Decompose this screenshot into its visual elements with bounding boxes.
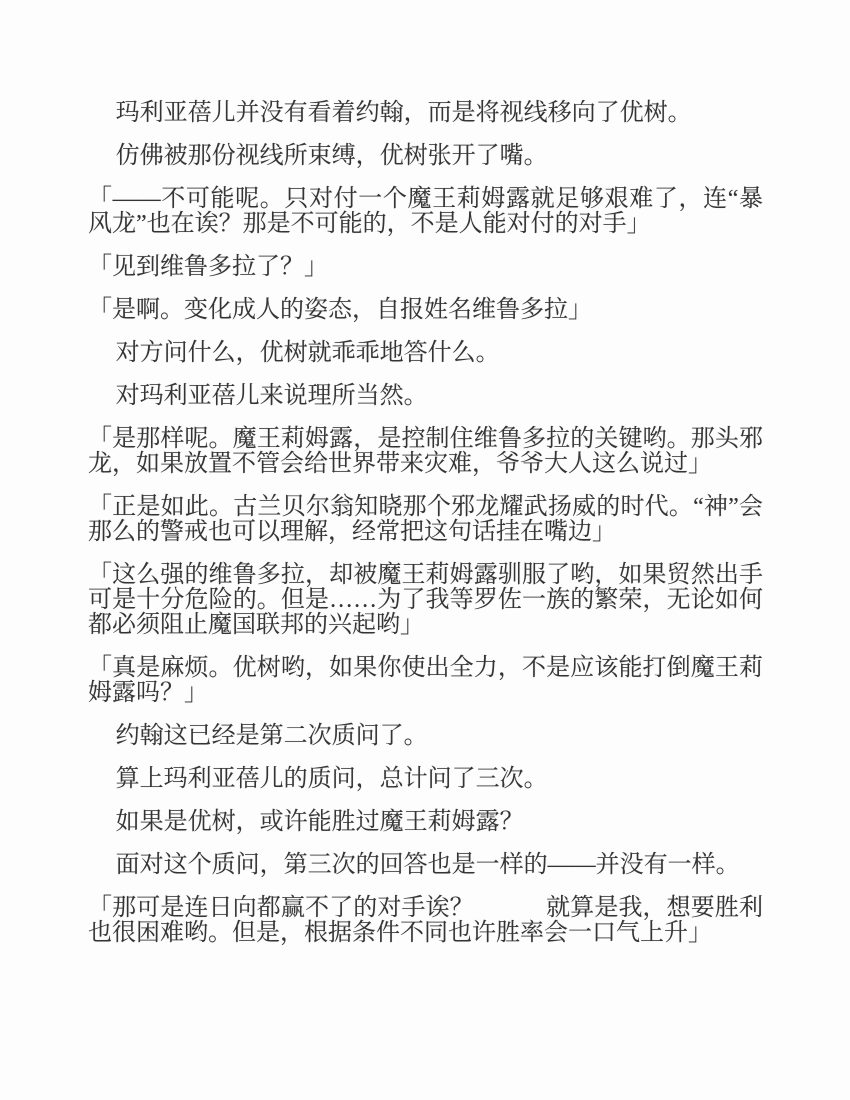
paragraph-dialogue: 「是那样呢。魔王莉姆露，是控制住维鲁多拉的关键哟。那头邪龙，如果放置不管会给世界…: [88, 427, 763, 477]
paragraph-narration: 对玛利亚蓓儿来说理所当然。: [88, 384, 763, 409]
paragraph-dialogue: 「——不可能呢。只对付一个魔王莉姆露就足够艰难了，连“暴风龙”也在诶？那是不可能…: [88, 187, 763, 237]
novel-text-block: 玛利亚蓓儿并没有看着约翰，而是将视线移向了优树。仿佛被那份视线所束缚，优树张开了…: [88, 101, 763, 946]
paragraph-dialogue: 「真是麻烦。优树哟，如果你使出全力，不是应该能打倒魔王莉姆露吗？」: [88, 656, 763, 706]
paragraph-narration: 玛利亚蓓儿并没有看着约翰，而是将视线移向了优树。: [88, 101, 763, 126]
paragraph-dialogue: 「是啊。变化成人的姿态，自报姓名维鲁多拉」: [88, 298, 763, 323]
paragraph-dialogue: 「这么强的维鲁多拉，却被魔王莉姆露驯服了哟，如果贸然出手可是十分危险的。但是………: [88, 563, 763, 638]
paragraph-dialogue: 「见到维鲁多拉了？」: [88, 255, 763, 280]
paragraph-narration: 算上玛利亚蓓儿的质问，总计问了三次。: [88, 767, 763, 792]
paragraph-narration: 约翰这已经是第二次质问了。: [88, 724, 763, 749]
paragraph-dialogue: 「那可是连日向都赢不了的对手诶？ 就算是我，想要胜利也很困难哟。但是，根据条件不…: [88, 896, 763, 946]
paragraph-narration: 对方问什么，优树就乖乖地答什么。: [88, 341, 763, 366]
paragraph-narration: 面对这个质问，第三次的回答也是一样的——并没有一样。: [88, 853, 763, 878]
ebook-page: 玛利亚蓓儿并没有看着约翰，而是将视线移向了优树。仿佛被那份视线所束缚，优树张开了…: [0, 0, 850, 1100]
paragraph-narration: 如果是优树，或许能胜过魔王莉姆露？: [88, 810, 763, 835]
paragraph-dialogue: 「正是如此。古兰贝尔翁知晓那个邪龙耀武扬威的时代。“神”会那么的警戒也可以理解，…: [88, 495, 763, 545]
paragraph-narration: 仿佛被那份视线所束缚，优树张开了嘴。: [88, 144, 763, 169]
